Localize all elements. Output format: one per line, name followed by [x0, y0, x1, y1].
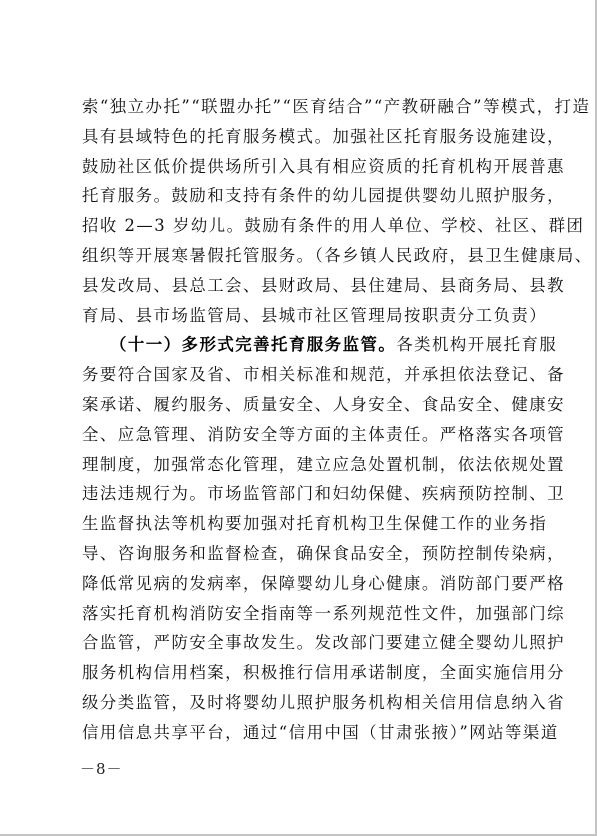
document-page: 索“独立办托”“联盟办托”“医育结合”“产教研融合”等模式，打造 具有县域特色的… [0, 0, 597, 836]
text-line: 案承诺、履约服务、质量安全、人身安全、食品安全、健康安 [82, 390, 522, 420]
text-line: 级分类监管，及时将婴幼儿照护服务机构相关信用信息纳入省 [82, 688, 522, 718]
text-line: 索“独立办托”“联盟办托”“医育结合”“产教研融合”等模式，打造 [82, 92, 522, 122]
text-line: 托育服务。鼓励和支持有条件的幼儿园提供婴幼儿照护服务， [82, 181, 522, 211]
text-line: 组织等开展寒暑假托管服务。（各乡镇人民政府，县卫生健康局、 [82, 241, 522, 271]
text-line: 务要符合国家及省、市相关标准和规范，并承担依法登记、备 [82, 360, 522, 390]
text-line: 具有县域特色的托育服务模式。加强社区托育服务设施建设， [82, 122, 522, 152]
text-line: 鼓励社区低价提供场所引入具有相应资质的托育机构开展普惠 [82, 152, 522, 182]
text-line: 落实托育机构消防安全指南等一系列规范性文件，加强部门综 [82, 599, 522, 629]
text-line: 信用信息共享平台，通过“信用中国（甘肃张掖）”网站等渠道 [82, 718, 522, 748]
text-line: 降低常见病的发病率，保障婴幼儿身心健康。消防部门要严格 [82, 569, 522, 599]
text-line: 服务机构信用档案，积极推行信用承诺制度，全面实施信用分 [82, 658, 522, 688]
section-first-line: （十一）多形式完善托育服务监管。各类机构开展托育服 [82, 330, 522, 360]
text-line: 生监督执法等机构要加强对托育机构卫生保健工作的业务指 [82, 509, 522, 539]
text-line: 合监管，严防安全事故发生。发改部门要建立健全婴幼儿照护 [82, 628, 522, 658]
text-line: 导、咨询服务和监督检查，确保食品安全，预防控制传染病， [82, 539, 522, 569]
text-line: 育局、县市场监管局、县城市社区管理局按职责分工负责） [82, 301, 522, 331]
page-number: －8－ [80, 758, 123, 779]
text-line: 违法违规行为。市场监管部门和妇幼保健、疾病预防控制、卫 [82, 479, 522, 509]
text-line: 全、应急管理、消防安全等方面的主体责任。严格落实各项管 [82, 420, 522, 450]
text-line: 招收 2—3 岁幼儿。鼓励有条件的用人单位、学校、社区、群团 [82, 211, 522, 241]
section-first-line-text: 各类机构开展托育服 [396, 335, 557, 354]
section-heading: （十一）多形式完善托育服务监管。 [110, 335, 396, 354]
text-line: 县发改局、县总工会、县财政局、县住建局、县商务局、县教 [82, 271, 522, 301]
document-body: 索“独立办托”“联盟办托”“医育结合”“产教研融合”等模式，打造 具有县域特色的… [82, 92, 522, 748]
text-line: 理制度，加强常态化管理，建立应急处置机制，依法依规处置 [82, 450, 522, 480]
